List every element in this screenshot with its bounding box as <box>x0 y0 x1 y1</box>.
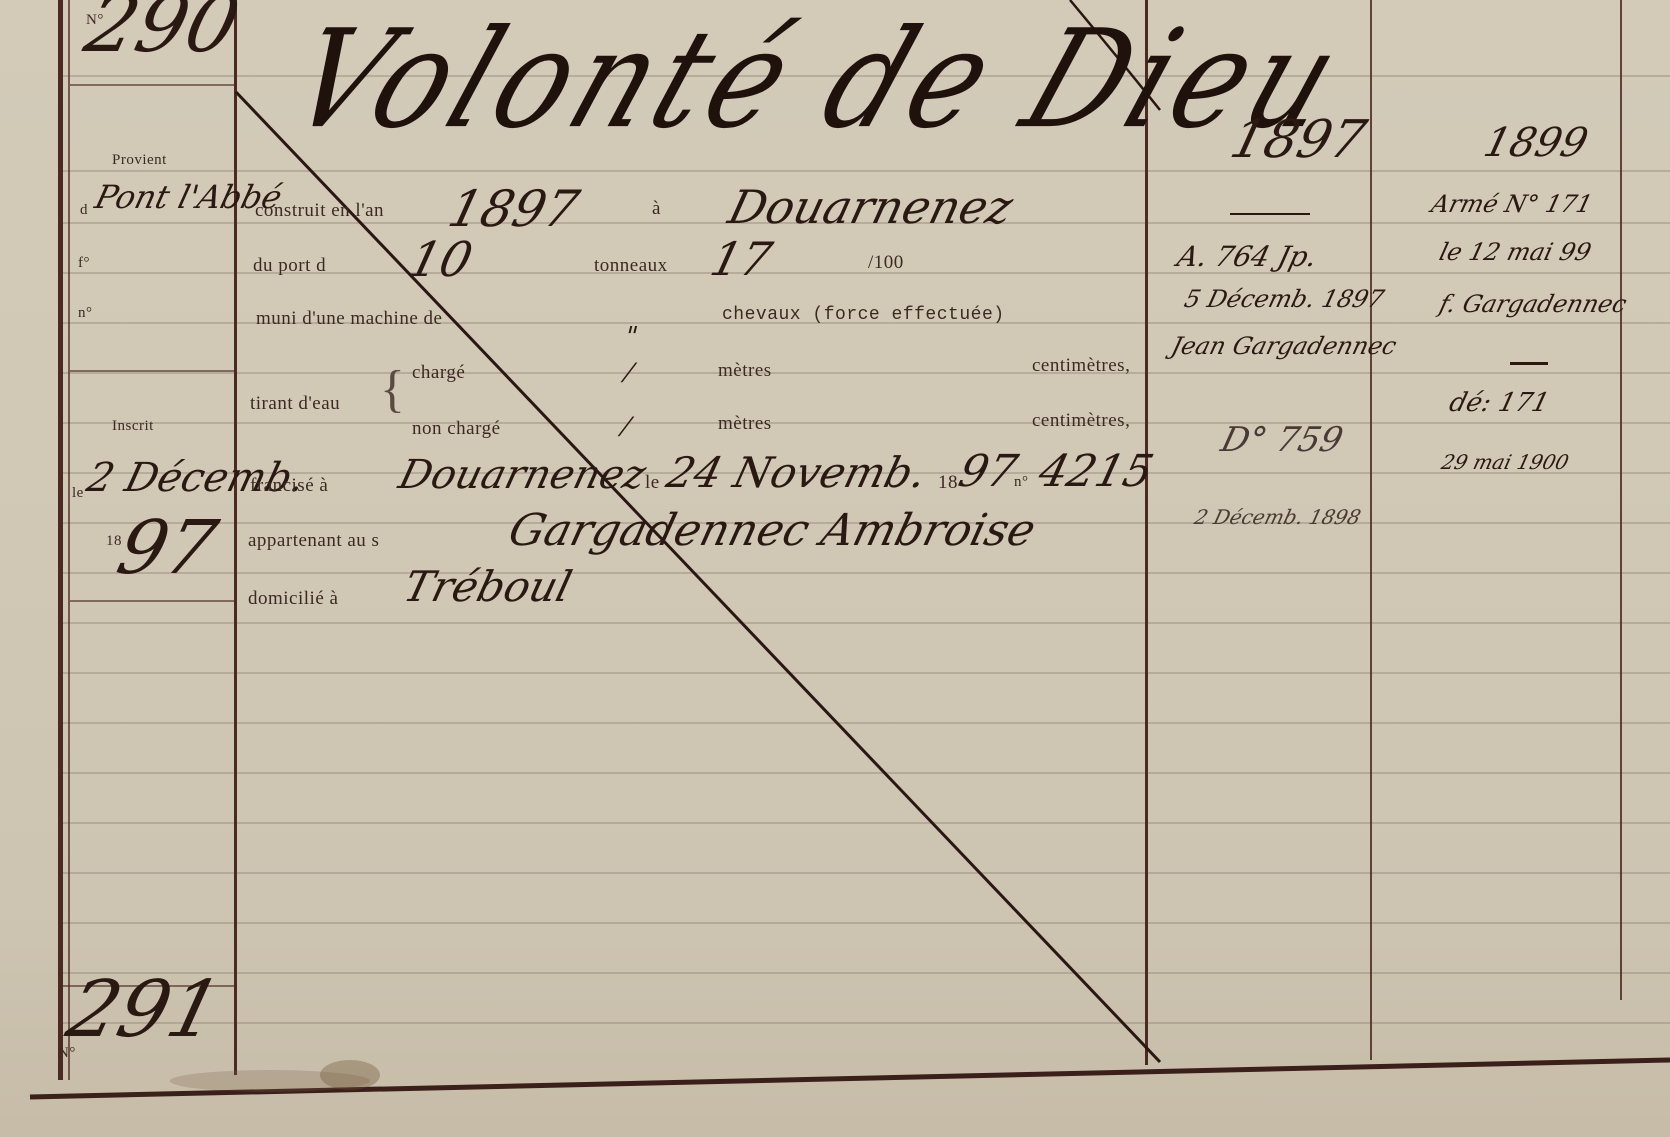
col4-year: 1899 <box>1479 120 1592 166</box>
inscrit-label: Inscrit <box>112 418 154 435</box>
domicile-label: domicilié à <box>248 588 338 610</box>
built-at-label: à <box>652 198 661 220</box>
registered-date-prefix: le <box>645 472 660 494</box>
col3-line4: D° 759 <box>1217 420 1347 460</box>
registration-number-prefix: n° <box>1014 474 1029 491</box>
paper-stain <box>320 1060 380 1090</box>
fraction-denominator: /100 <box>868 252 904 274</box>
next-entry-number: 291 <box>59 965 230 1055</box>
unladen-label: non chargé <box>412 418 501 440</box>
laden-label: chargé <box>412 362 465 384</box>
entry-number: 290 <box>77 0 248 70</box>
f-label: f° <box>78 255 90 272</box>
registered-at-label: francisé à <box>250 475 328 497</box>
horsepower-label: chevaux (force effectuée) <box>722 305 1005 325</box>
registered-date: 24 Novemb. <box>662 448 932 497</box>
built-at-value: Douarnenez <box>723 180 1018 234</box>
col3-line2: 5 Décemb. 1897 <box>1182 285 1387 313</box>
ship-name: Volonté de Dieu <box>271 0 1365 158</box>
col3-year: 1897 <box>1225 110 1372 170</box>
laden-metres-unit: mètres <box>718 360 772 382</box>
draught-label: tirant d'eau <box>250 393 340 415</box>
unladen-metres-unit: mètres <box>718 413 772 435</box>
owner-label: appartenant au s <box>248 530 379 552</box>
col3-line1: A. 764 Jp. <box>1174 240 1321 273</box>
tonneaux-label: tonneaux <box>594 255 668 277</box>
col4-line4: dé: 171 <box>1446 388 1552 418</box>
built-year-value: 1897 <box>443 180 585 238</box>
tonnage-label: du port d <box>253 255 326 277</box>
col3-line5: 2 Décemb. 1898 <box>1192 505 1363 529</box>
provient-prefix: d <box>80 202 88 219</box>
col4-line5: 29 mai 1900 <box>1439 450 1571 474</box>
draught-brace: { <box>380 360 405 419</box>
registration-number: 4215 <box>1034 446 1159 497</box>
domicile-value: Tréboul <box>399 562 577 611</box>
cross-out-lines <box>0 0 1670 1137</box>
ledger-page: N° 290 Provient d Pont l'Abbé f° n° Insc… <box>0 0 1670 1137</box>
dash-mark <box>1510 362 1548 365</box>
col4-line1: Armé N° 171 <box>1429 190 1596 218</box>
machine-label: muni d'une machine de <box>256 308 442 330</box>
owner-value: Gargadennec Ambroise <box>504 505 1041 556</box>
underline <box>1230 213 1310 215</box>
unladen-cm-unit: centimètres, <box>1032 410 1130 432</box>
col4-line3: f. Gargadennec <box>1437 290 1630 318</box>
col3-line3: Jean Gargadennec <box>1169 332 1400 360</box>
built-year-label: construit en l'an <box>255 200 384 222</box>
n-label: n° <box>78 305 93 322</box>
provient-label: Provient <box>112 152 167 169</box>
laden-cm-unit: centimètres, <box>1032 355 1130 377</box>
registered-at-value: Douarnenez <box>394 452 650 498</box>
col4-line2: le 12 mai 99 <box>1437 238 1595 266</box>
